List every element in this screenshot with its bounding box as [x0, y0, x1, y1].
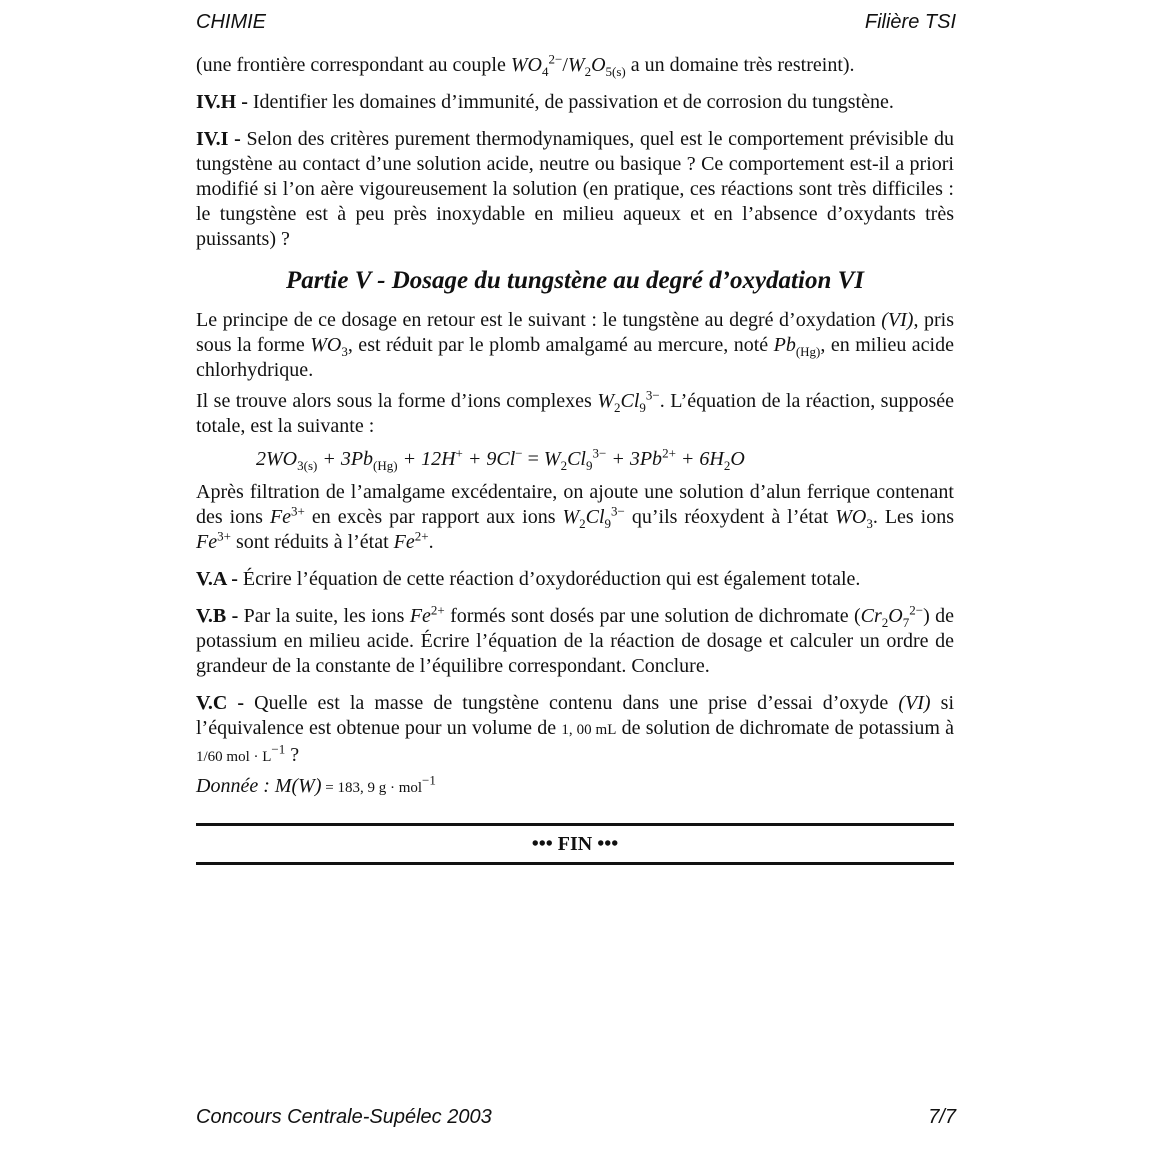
page-number: 7/7 — [928, 1106, 956, 1129]
reaction-equation: 2WO3(s) + 3Pb(Hg) + 12H+ + 9Cl− = W2Cl93… — [256, 447, 954, 472]
question-label: IV.H - — [196, 91, 253, 113]
question-VB: V.B - Par la suite, les ions Fe2+ formés… — [196, 604, 954, 679]
question-label: V.B - — [196, 605, 244, 627]
filtration-paragraph: Après filtration de l’amalgame excédenta… — [196, 480, 954, 555]
header-subject: CHIMIE — [196, 11, 266, 34]
footer-exam-name: Concours Centrale-Supélec 2003 — [196, 1106, 492, 1129]
page-header: CHIMIE Filière TSI — [196, 11, 956, 34]
header-track: Filière TSI — [865, 11, 956, 34]
question-VA: V.A - Écrire l’équation de cette réactio… — [196, 567, 954, 592]
question-label: IV.I - — [196, 128, 247, 150]
end-marker: ••• FIN ••• — [196, 826, 954, 862]
divider-bottom — [196, 862, 954, 865]
page-body: (une frontière correspondant au couple W… — [196, 53, 954, 865]
intro-paragraph-2: Il se trouve alors sous la forme d’ions … — [196, 389, 954, 439]
question-label: V.A - — [196, 568, 243, 590]
end-block: ••• FIN ••• — [196, 823, 954, 865]
question-IVH: IV.H - Identifier les domaines d’immunit… — [196, 90, 954, 115]
part-title: Partie V - Dosage du tungstène au degré … — [196, 266, 954, 296]
question-label: V.C - — [196, 692, 254, 714]
question-IVI: IV.I - Selon des critères purement therm… — [196, 127, 954, 252]
given-data: Donnée : M(W) = 183, 9 g · mol−1 — [196, 774, 954, 801]
page-footer: Concours Centrale-Supélec 2003 7/7 — [196, 1106, 956, 1129]
intro-paragraph-1: Le principe de ce dosage en retour est l… — [196, 308, 954, 383]
continuation-paragraph: (une frontière correspondant au couple W… — [196, 53, 954, 78]
question-VC: V.C - Quelle est la masse de tungstène c… — [196, 691, 954, 770]
